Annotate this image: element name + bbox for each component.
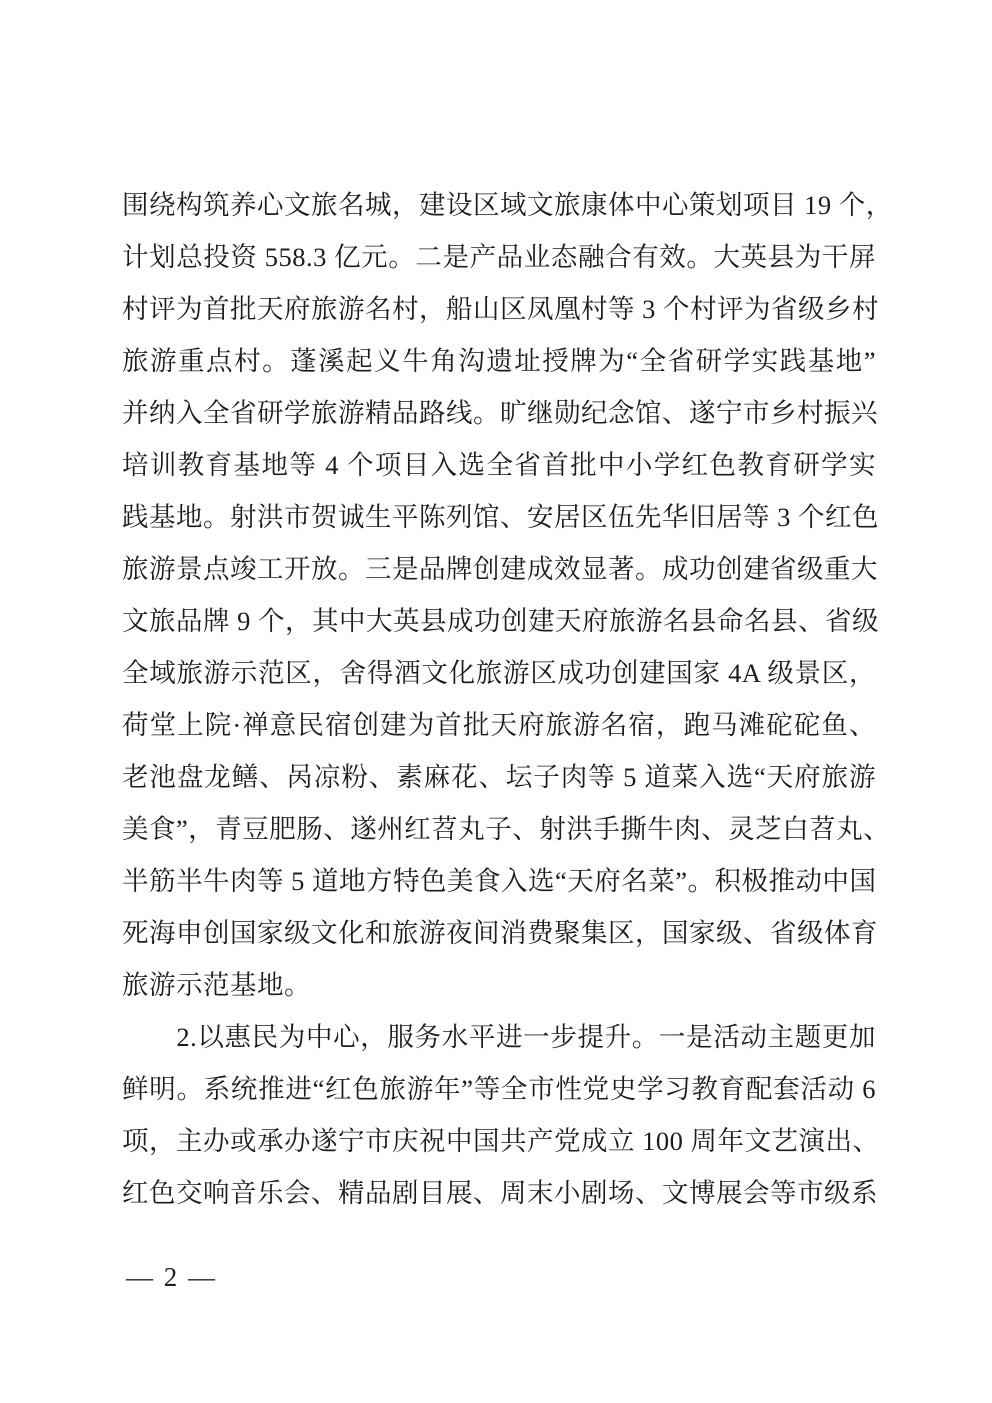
text-line: 旅游重点村。蓬溪起义牛角沟遗址授牌为“全省研学实践基地”: [122, 335, 876, 387]
text-line: 围绕构筑养心文旅名城，建设区域文旅康体中心策划项目 19 个，: [122, 179, 876, 231]
document-page: 围绕构筑养心文旅名城，建设区域文旅康体中心策划项目 19 个， 计划总投资 55…: [0, 0, 992, 1403]
text-line-paragraph-start: 2.以惠民为中心，服务水平进一步提升。一是活动主题更加: [122, 1011, 876, 1063]
text-line: 半筋半牛肉等 5 道地方特色美食入选“天府名菜”。积极推动中国: [122, 855, 876, 907]
text-line: 老池盘龙鳝、呙凉粉、素麻花、坛子肉等 5 道菜入选“天府旅游: [122, 751, 876, 803]
text-line: 红色交响音乐会、精品剧目展、周末小剧场、文博展会等市级系: [122, 1167, 876, 1219]
text-line: 美食”，青豆肥肠、遂州红苕丸子、射洪手撕牛肉、灵芝白苕丸、: [122, 803, 876, 855]
text-line: 村评为首批天府旅游名村，船山区凤凰村等 3 个村评为省级乡村: [122, 283, 876, 335]
text-line: 鲜明。系统推进“红色旅游年”等全市性党史学习教育配套活动 6: [122, 1063, 876, 1115]
text-line: 项，主办或承办遂宁市庆祝中国共产党成立 100 周年文艺演出、: [122, 1115, 876, 1167]
text-line: 计划总投资 558.3 亿元。二是产品业态融合有效。大英县为干屏: [122, 231, 876, 283]
text-line: 践基地。射洪市贺诚生平陈列馆、安居区伍先华旧居等 3 个红色: [122, 491, 876, 543]
text-line: 荷堂上院·禅意民宿创建为首批天府旅游名宿，跑马滩砣砣鱼、: [122, 699, 876, 751]
text-line: 死海申创国家级文化和旅游夜间消费聚集区，国家级、省级体育: [122, 907, 876, 959]
text-line: 培训教育基地等 4 个项目入选全省首批中小学红色教育研学实: [122, 439, 876, 491]
text-line: 文旅品牌 9 个，其中大英县成功创建天府旅游名县命名县、省级: [122, 595, 876, 647]
text-line: 旅游景点竣工开放。三是品牌创建成效显著。成功创建省级重大: [122, 543, 876, 595]
text-line-paragraph-end: 旅游示范基地。: [122, 959, 876, 1011]
text-line: 全域旅游示范区，舍得酒文化旅游区成功创建国家 4A 级景区，: [122, 647, 876, 699]
page-number: — 2 —: [126, 1259, 215, 1295]
document-body: 围绕构筑养心文旅名城，建设区域文旅康体中心策划项目 19 个， 计划总投资 55…: [122, 179, 876, 1219]
text-line: 并纳入全省研学旅游精品路线。旷继勋纪念馆、遂宁市乡村振兴: [122, 387, 876, 439]
